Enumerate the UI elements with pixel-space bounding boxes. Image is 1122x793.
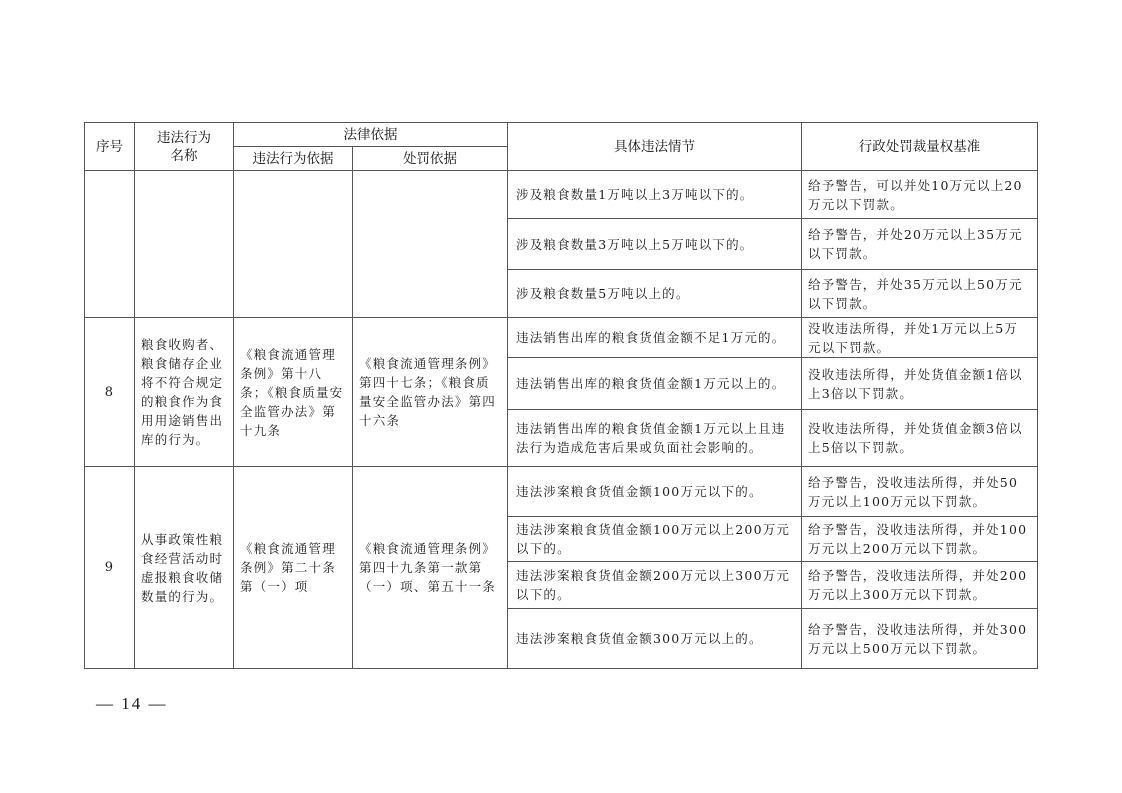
row-violation-basis <box>234 171 353 318</box>
standard-cell: 给予警告，没收违法所得，并处100万元以上200万元以下罚款。 <box>802 517 1038 562</box>
row-penalty-basis: 《粮食流通管理条例》第四十九条第一款第（一）项、第五十一条 <box>353 467 508 669</box>
circumstance-cell: 涉及粮食数量1万吨以上3万吨以下的。 <box>508 171 802 219</box>
circumstance-cell: 违法销售出库的粮食货值金额1万元以上的。 <box>508 358 802 410</box>
circumstance-cell: 违法涉案粮食货值金额200万元以上300万元以下的。 <box>508 562 802 609</box>
row-seq: 9 <box>85 467 135 669</box>
circumstance-cell: 违法销售出库的粮食货值金额不足1万元的。 <box>508 318 802 358</box>
circumstance-cell: 违法涉案粮食货值金额100万元以下的。 <box>508 467 802 517</box>
circumstance-cell: 违法涉案粮食货值金额100万元以上200万元以下的。 <box>508 517 802 562</box>
standard-cell: 没收违法所得，并处1万元以上5万元以下罚款。 <box>802 318 1038 358</box>
header-violation-name-line1: 违法行为 <box>135 129 233 147</box>
circumstance-cell: 涉及粮食数量5万吨以上的。 <box>508 270 802 318</box>
circumstance-cell: 涉及粮食数量3万吨以上5万吨以下的。 <box>508 219 802 270</box>
row-seq: 8 <box>85 318 135 467</box>
row-penalty-basis <box>353 171 508 318</box>
standard-cell: 给予警告，没收违法所得，并处200万元以上300万元以下罚款。 <box>802 562 1038 609</box>
circumstance-cell: 违法涉案粮食货值金额300万元以上的。 <box>508 609 802 669</box>
header-seq: 序号 <box>85 123 135 171</box>
row-violation-name: 从事政策性粮食经营活动时虚报粮食收储数量的行为。 <box>135 467 234 669</box>
standard-cell: 给予警告，并处35万元以上50万元以下罚款。 <box>802 270 1038 318</box>
row-violation-name <box>135 171 234 318</box>
header-discretion-standard: 行政处罚裁量权基准 <box>802 123 1038 171</box>
standard-cell: 给予警告，没收违法所得，并处50万元以上100万元以下罚款。 <box>802 467 1038 517</box>
circumstance-cell: 违法销售出库的粮食货值金额1万元以上且违法行为造成危害后果或负面社会影响的。 <box>508 410 802 467</box>
page-number: — 14 — <box>96 694 168 714</box>
standard-cell: 给予警告，并处20万元以上35万元以下罚款。 <box>802 219 1038 270</box>
standard-cell: 没收违法所得，并处货值金额1倍以上3倍以下罚款。 <box>802 358 1038 410</box>
header-penalty-basis: 处罚依据 <box>353 147 508 171</box>
row-penalty-basis: 《粮食流通管理条例》第四十七条；《粮食质量安全监管办法》第四十六条 <box>353 318 508 467</box>
discretion-standard-table: 序号 违法行为 名称 法律依据 具体违法情节 行政处罚裁量权基准 违法行为依据 … <box>84 122 1038 669</box>
table-row: 8 粮食收购者、粮食储存企业将不符合规定的粮食作为食用用途销售出库的行为。 《粮… <box>85 318 1038 358</box>
table-row: 9 从事政策性粮食经营活动时虚报粮食收储数量的行为。 《粮食流通管理条例》第二十… <box>85 467 1038 517</box>
row-violation-basis: 《粮食流通管理条例》第十八条；《粮食质量安全监管办法》第十九条 <box>234 318 353 467</box>
row-seq <box>85 171 135 318</box>
table-row: 涉及粮食数量1万吨以上3万吨以下的。 给予警告，可以并处10万元以上20万元以下… <box>85 171 1038 219</box>
header-violation-name-line2: 名称 <box>135 147 233 165</box>
row-violation-basis: 《粮食流通管理条例》第二十条第（一）项 <box>234 467 353 669</box>
header-violation-name: 违法行为 名称 <box>135 123 234 171</box>
standard-cell: 给予警告，没收违法所得，并处300万元以上500万元以下罚款。 <box>802 609 1038 669</box>
header-violation-basis: 违法行为依据 <box>234 147 353 171</box>
standard-cell: 给予警告，可以并处10万元以上20万元以下罚款。 <box>802 171 1038 219</box>
header-specific-circumstances: 具体违法情节 <box>508 123 802 171</box>
header-legal-basis: 法律依据 <box>234 123 508 147</box>
row-violation-name: 粮食收购者、粮食储存企业将不符合规定的粮食作为食用用途销售出库的行为。 <box>135 318 234 467</box>
standard-cell: 没收违法所得，并处货值金额3倍以上5倍以下罚款。 <box>802 410 1038 467</box>
